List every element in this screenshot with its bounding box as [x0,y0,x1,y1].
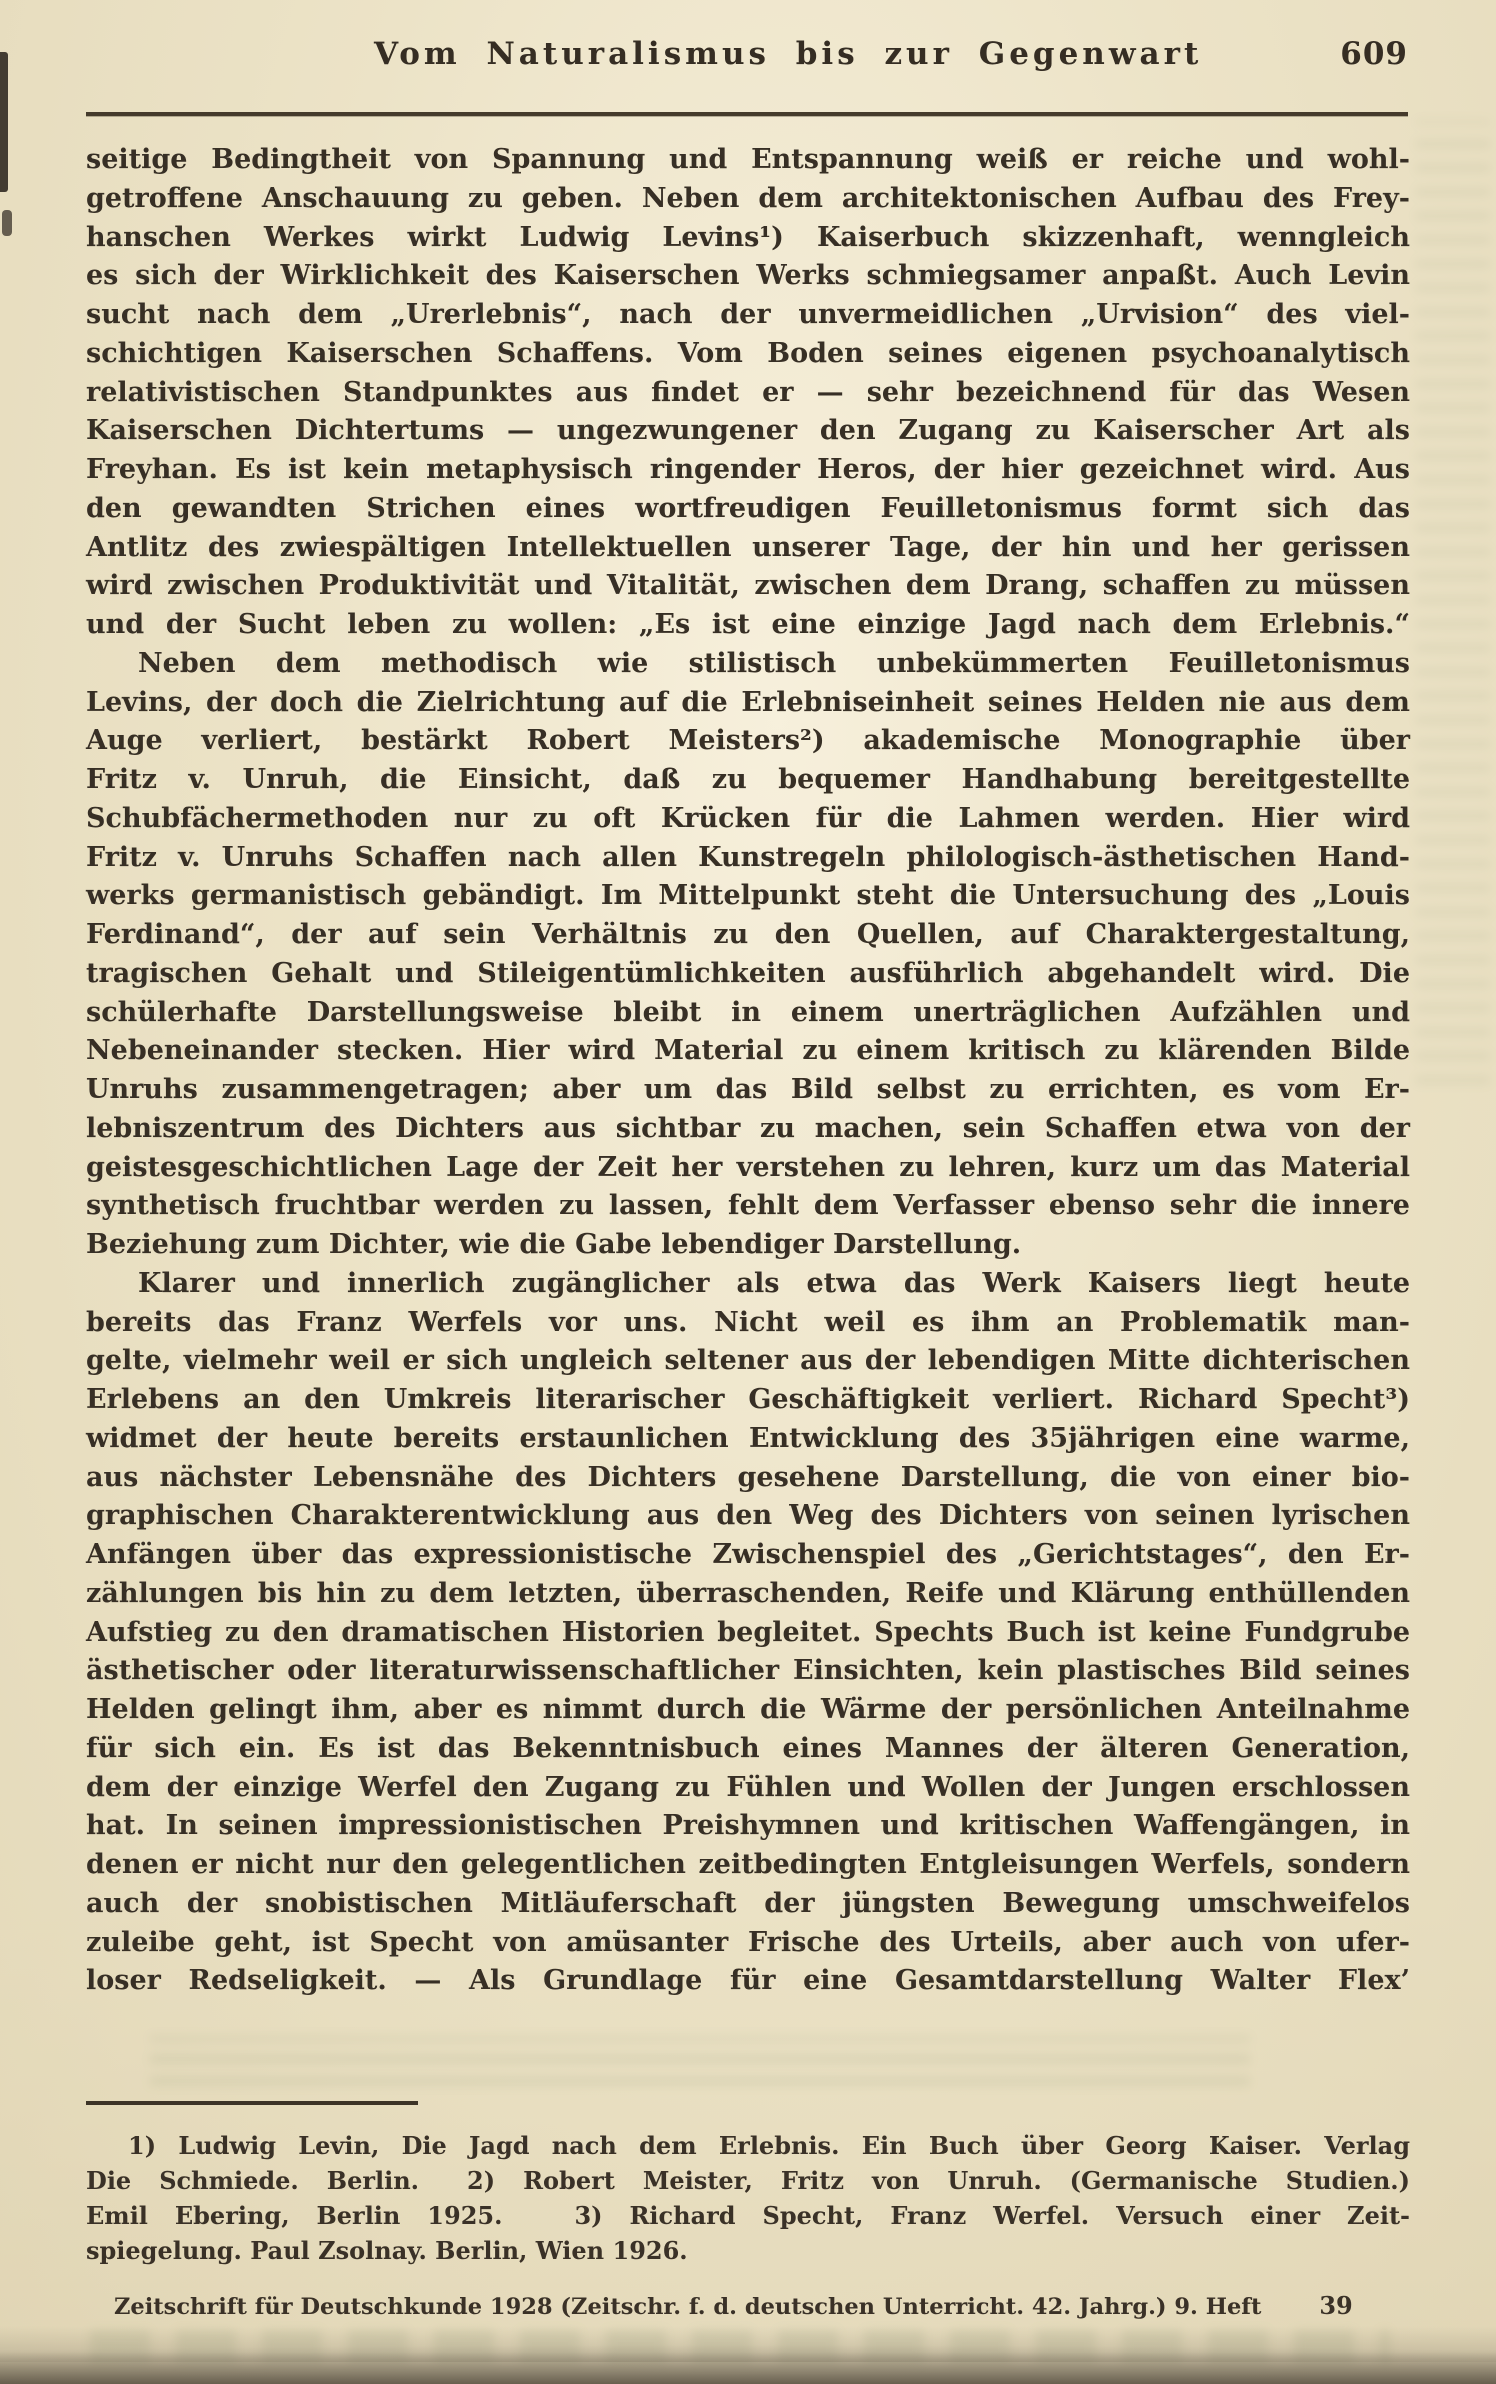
text-line: und der Sucht leben zu wollen: „Es ist e… [86,606,1410,645]
text-line: ästhetischer oder literaturwissenschaftl… [86,1652,1410,1691]
scan-edge-artifact [2,210,12,236]
text-line: aus nächster Lebensnähe des Dichters ges… [86,1459,1410,1498]
text-line: auch der snobistischen Mitläuferschaft d… [86,1885,1410,1924]
text-line: relativistischen Standpunktes aus findet… [86,374,1410,413]
footnote-line: spiegelung. Paul Zsolnay. Berlin, Wien 1… [86,2233,1410,2268]
running-title: Vom Naturalismus bis zur Gegenwart [236,36,1340,72]
text-line: Schubfächermethoden nur zu oft Krücken f… [86,800,1410,839]
text-line: Kaiserschen Dichtertums — ungezwungener … [86,412,1410,451]
text-line: hat. In seinen impressionistischen Preis… [86,1807,1410,1846]
scanned-book-page: Vom Naturalismus bis zur Gegenwart 609 s… [0,0,1496,2384]
text-line: Auge verliert, bestärkt Robert Meisters²… [86,722,1410,761]
text-line: werks germanistisch gebändigt. Im Mittel… [86,877,1410,916]
text-line: lebniszentrum des Dichters aus sichtbar … [86,1110,1410,1149]
text-line: Levins, der doch die Zielrichtung auf di… [86,684,1410,723]
text-line: Fritz v. Unruh, die Einsicht, daß zu beq… [86,761,1410,800]
text-line: es sich der Wirklichkeit des Kaiserschen… [86,257,1410,296]
text-line: schichtigen Kaiserschen Schaffens. Vom B… [86,335,1410,374]
text-line: zählungen bis hin zu dem letzten, überra… [86,1575,1410,1614]
text-line: Freyhan. Es ist kein metaphysisch ringen… [86,451,1410,490]
text-line: widmet der heute bereits erstaunlichen E… [86,1420,1410,1459]
text-line: getroffene Anschauung zu geben. Neben de… [86,180,1410,219]
text-line: wird zwischen Produktivität und Vitalitä… [86,567,1410,606]
page-number: 609 [1340,36,1408,72]
text-line: zuleibe geht, ist Specht von amüsanter F… [86,1924,1410,1963]
text-line: sucht nach dem „Urerlebnis“, nach der un… [86,296,1410,335]
text-line: Beziehung zum Dichter, wie die Gabe lebe… [86,1226,1410,1265]
text-line: Erlebens an den Umkreis literarischer Ge… [86,1381,1410,1420]
text-line: geistesgeschichtlichen Lage der Zeit her… [86,1149,1410,1188]
text-line: graphischen Charakterentwicklung aus den… [86,1497,1410,1536]
footnote-separator-rule [86,2101,418,2105]
text-line: denen er nicht nur den gelegentlichen ze… [86,1846,1410,1885]
text-line: Unruhs zusammengetragen; aber um das Bil… [86,1071,1410,1110]
footnote-line: Emil Ebering, Berlin 1925. 3) Richard Sp… [86,2198,1410,2233]
footnote-line: 1) Ludwig Levin, Die Jagd nach dem Erleb… [86,2128,1410,2163]
text-line: Ferdinand“, der auf sein Verhältnis zu d… [86,916,1410,955]
body-text: seitige Bedingtheit von Spannung und Ent… [86,141,1410,2001]
text-line: bereits das Franz Werfels vor uns. Nicht… [86,1304,1410,1343]
text-line: Neben dem methodisch wie stilistisch unb… [86,645,1410,684]
text-line: gelte, vielmehr weil er sich ungleich se… [86,1342,1410,1381]
text-line: den gewandten Strichen eines wortfreudig… [86,490,1410,529]
text-line: Anfängen über das expressionistische Zwi… [86,1536,1410,1575]
running-header: Vom Naturalismus bis zur Gegenwart 609 [86,36,1408,72]
scan-edge-artifact [0,52,8,192]
text-line: Fritz v. Unruhs Schaffen nach allen Kuns… [86,839,1410,878]
text-line: Antlitz des zwiespältigen Intellektuelle… [86,529,1410,568]
footnotes: 1) Ludwig Levin, Die Jagd nach dem Erleb… [86,2128,1410,2268]
text-line: Klarer und innerlich zugänglicher als et… [86,1265,1410,1304]
text-line: hanschen Werkes wirkt Ludwig Levins¹) Ka… [86,219,1410,258]
footnote-line: Die Schmiede. Berlin. 2) Robert Meister,… [86,2163,1410,2198]
header-rule [86,112,1408,116]
text-line: tragischen Gehalt und Stileigentümlichke… [86,955,1410,994]
text-line: Nebeneinander stecken. Hier wird Materia… [86,1032,1410,1071]
scan-bottom-shadow [0,2326,1496,2384]
ink-bleedthrough [1416,120,1490,1100]
ink-bleedthrough [150,2036,1250,2098]
text-line: schülerhafte Darstellungsweise bleibt in… [86,994,1410,1033]
text-line: synthetisch fruchtbar werden zu lassen, … [86,1187,1410,1226]
text-line: seitige Bedingtheit von Spannung und Ent… [86,141,1410,180]
text-line: Helden gelingt ihm, aber es nimmt durch … [86,1691,1410,1730]
text-line: Aufstieg zu den dramatischen Historien b… [86,1614,1410,1653]
footer-imprint-row: Zeitschrift für Deutschkunde 1928 (Zeits… [114,2291,1353,2320]
text-line: loser Redseligkeit. — Als Grundlage für … [86,1962,1410,2001]
sheet-signature: 39 [1319,2291,1352,2320]
text-line: dem der einzige Werfel den Zugang zu Füh… [86,1769,1410,1808]
journal-imprint: Zeitschrift für Deutschkunde 1928 (Zeits… [114,2294,1261,2320]
text-line: für sich ein. Es ist das Bekenntnisbuch … [86,1730,1410,1769]
